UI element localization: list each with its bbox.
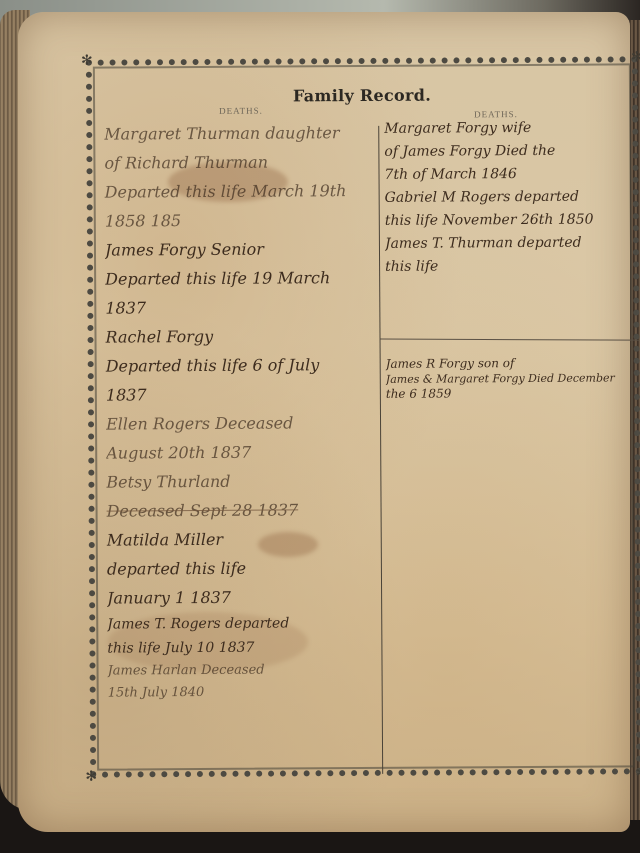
death-entry: James R Forgy son of James & Margaret Fo…	[386, 355, 640, 402]
right-deaths-list: Margaret Forgy wife of James Forgy Died …	[384, 116, 640, 402]
entry-line: Departed this life 6 of July	[106, 350, 386, 381]
death-entry: James T. Rogers departed this life July …	[107, 611, 387, 661]
entry-line: Betsy Thurland	[106, 466, 386, 497]
entry-line: James T. Rogers departed	[107, 611, 387, 637]
entry-line: 7th of March 1846	[384, 162, 638, 187]
ornamental-frame: ✻ ✻ ✻ ✻ Family Record. DEATHS. DEATHS. M…	[86, 56, 640, 777]
entry-line: of Richard Thurman	[104, 147, 384, 178]
entry-line: Deceased Sept 28 1837	[106, 495, 386, 526]
left-deaths-list: Margaret Thurman daughter of Richard Thu…	[104, 118, 388, 705]
entry-line: Margaret Forgy wife	[384, 116, 638, 141]
page-title: Family Record.	[86, 84, 638, 106]
entry-line: of James Forgy Died the	[384, 139, 638, 164]
entry-line: the 6 1859	[386, 385, 640, 402]
death-entry: James T. Thurman departed this life	[385, 231, 639, 279]
flower-ornament-icon: ✻	[630, 50, 640, 64]
entry-line: James & Margaret Forgy Died December	[386, 370, 640, 387]
entry-line: this life November 26th 1850	[385, 208, 639, 233]
death-entry: Rachel Forgy Departed this life 6 of Jul…	[105, 321, 386, 410]
entry-line: departed this life	[107, 553, 387, 584]
entry-line: 1837	[106, 379, 386, 410]
death-entry: Betsy Thurland Deceased Sept 28 1837	[106, 466, 386, 526]
death-entry: James Forgy Senior Departed this life 19…	[105, 234, 386, 323]
entry-line: Margaret Thurman daughter	[104, 118, 384, 149]
death-entry: Ellen Rogers Deceased August 20th 1837	[106, 408, 386, 468]
entry-line: Gabriel M Rogers departed	[385, 185, 639, 210]
entry-line: Departed this life 19 March	[105, 263, 385, 294]
flower-ornament-icon: ✻	[634, 766, 640, 780]
entry-line: Rachel Forgy	[105, 321, 385, 352]
entry-line: James R Forgy son of	[386, 355, 640, 372]
death-entry: James Harlan Deceased 15th July 1840	[107, 659, 387, 705]
entry-line: 15th July 1840	[108, 681, 388, 705]
entry-line: James Harlan Deceased	[107, 659, 387, 683]
left-column-heading: DEATHS.	[219, 106, 263, 116]
entry-line: this life	[385, 254, 639, 279]
entry-line: 1858 185	[105, 205, 385, 236]
entry-line: Departed this life March 19th	[105, 176, 385, 207]
death-entry: Margaret Thurman daughter of Richard Thu…	[104, 118, 385, 236]
death-entry: Gabriel M Rogers departed this life Nove…	[385, 185, 639, 233]
entry-line: August 20th 1837	[106, 437, 386, 468]
entry-line: James T. Thurman departed	[385, 231, 639, 256]
entry-line: Ellen Rogers Deceased	[106, 408, 386, 439]
entry-line: Matilda Miller	[107, 524, 387, 555]
bible-page: ✻ ✻ ✻ ✻ Family Record. DEATHS. DEATHS. M…	[18, 12, 630, 832]
entry-line: this life July 10 1837	[107, 635, 387, 661]
entry-line: James Forgy Senior	[105, 234, 385, 265]
death-entry: Matilda Miller departed this life Januar…	[107, 524, 388, 613]
entry-line: January 1 1837	[107, 582, 387, 613]
death-entry: Margaret Forgy wife of James Forgy Died …	[384, 116, 638, 187]
flower-ornament-icon: ✻	[84, 770, 98, 784]
entry-line: 1837	[105, 292, 385, 323]
flower-ornament-icon: ✻	[80, 54, 94, 68]
